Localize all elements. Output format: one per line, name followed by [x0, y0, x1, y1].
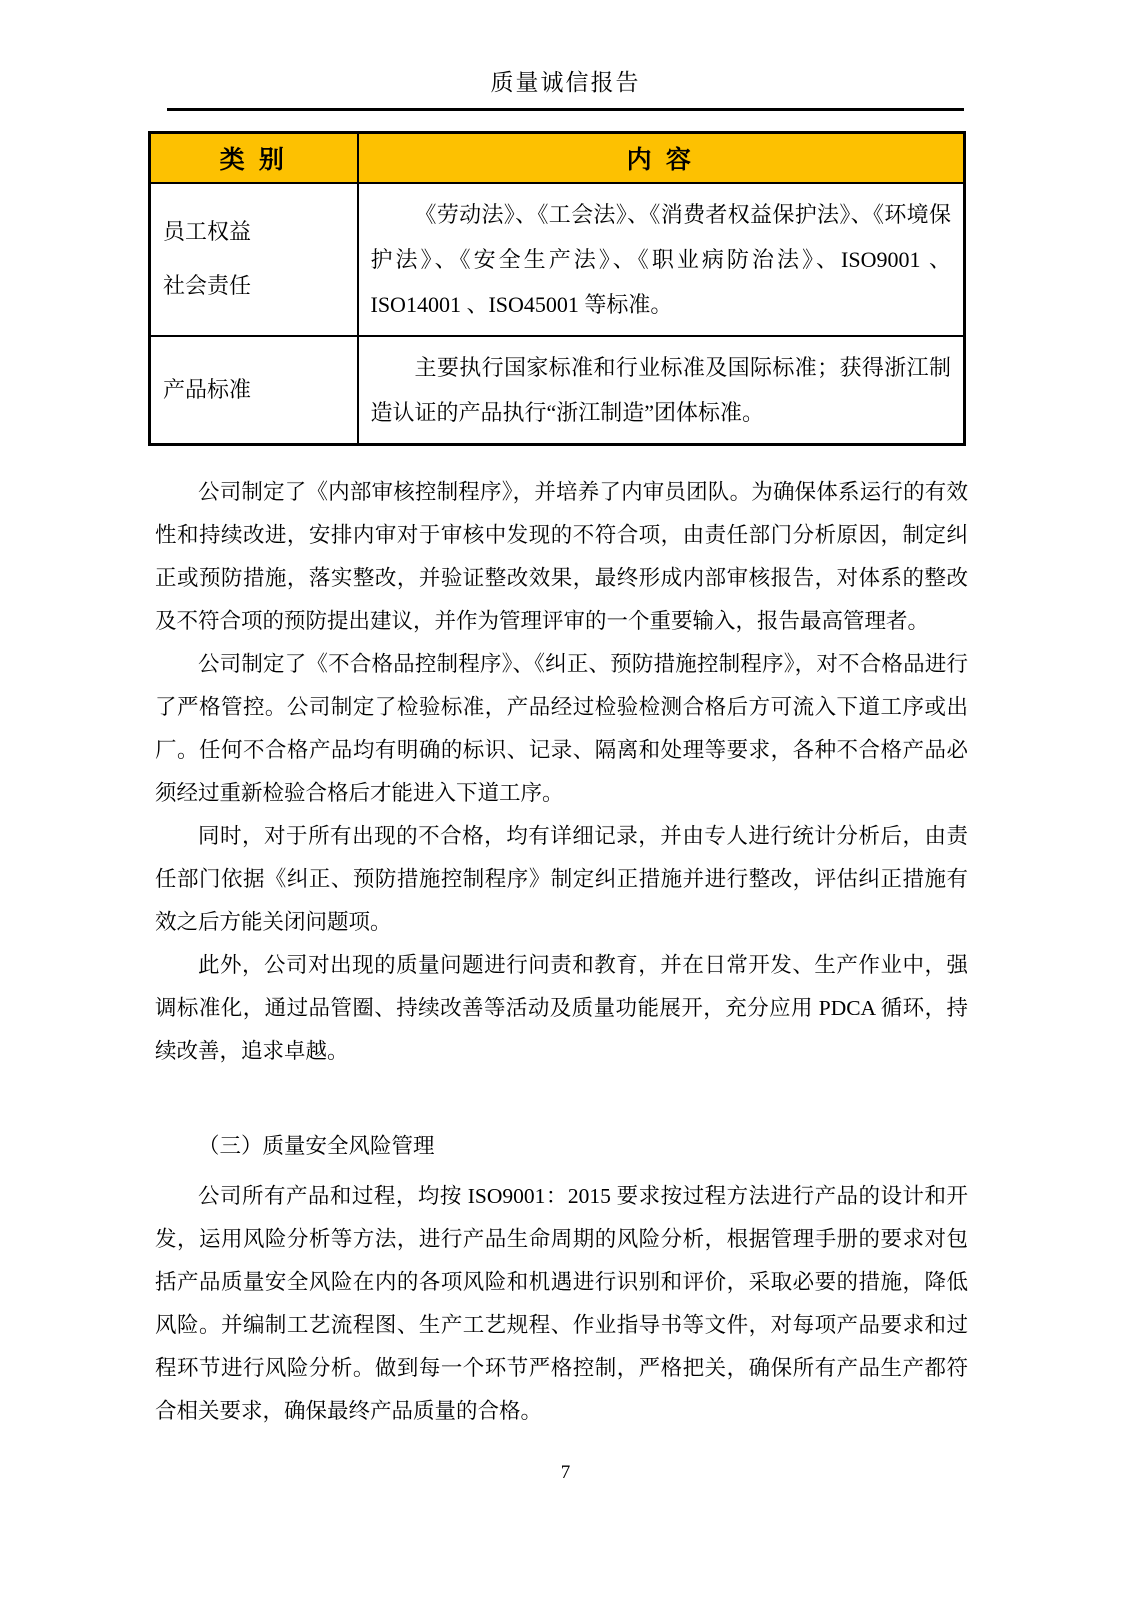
content-text: 主要执行国家标准和行业标准及国际标准；获得浙江制造认证的产品执行“浙江制造”团体… — [371, 345, 952, 435]
body-paragraph: 公司制定了《不合格品控制程序》、《纠正、预防措施控制程序》，对不合格品进行了严格… — [155, 643, 968, 815]
content-cell: 主要执行国家标准和行业标准及国际标准；获得浙江制造认证的产品执行“浙江制造”团体… — [358, 336, 965, 445]
page-title: 质量诚信报告 — [0, 68, 1131, 98]
document-page: 质量诚信报告 类 别 内 容 员工权益 社会责任 — [0, 0, 1131, 1600]
table-header-row: 类 别 内 容 — [150, 133, 965, 183]
page-number: 7 — [561, 1462, 571, 1483]
category-line: 员工权益 — [163, 205, 345, 259]
document-header: 质量诚信报告 — [0, 0, 1131, 111]
body-paragraph: 公司制定了《内部审核控制程序》，并培养了内审员团队。为确保体系运行的有效性和持续… — [155, 471, 968, 643]
category-line: 产品标准 — [163, 363, 345, 417]
body-paragraph: 同时，对于所有出现的不合格，均有详细记录，并由专人进行统计分析后，由责任部门依据… — [155, 815, 968, 944]
body-paragraph: 此外，公司对出现的质量问题进行问责和教育，并在日常开发、生产作业中，强调标准化，… — [155, 944, 968, 1073]
column-header-category: 类 别 — [150, 133, 358, 183]
document-body: 公司制定了《内部审核控制程序》，并培养了内审员团队。为确保体系运行的有效性和持续… — [155, 471, 968, 1073]
category-line: 社会责任 — [163, 259, 345, 313]
table-row: 产品标准 主要执行国家标准和行业标准及国际标准；获得浙江制造认证的产品执行“浙江… — [150, 336, 965, 445]
section-heading: （三）质量安全风险管理 — [155, 1125, 968, 1168]
table-row: 员工权益 社会责任 《劳动法》、《工会法》、《消费者权益保护法》、《环境保护法》… — [150, 183, 965, 336]
category-cell: 产品标准 — [150, 336, 358, 445]
category-cell: 员工权益 社会责任 — [150, 183, 358, 336]
content-cell: 《劳动法》、《工会法》、《消费者权益保护法》、《环境保护法》、《安全生产法》、《… — [358, 183, 965, 336]
page-footer: 7 — [0, 1462, 1131, 1484]
content-text: 《劳动法》、《工会法》、《消费者权益保护法》、《环境保护法》、《安全生产法》、《… — [371, 192, 952, 327]
standards-table-container: 类 别 内 容 员工权益 社会责任 《劳动法》、《工会法》、《消费者权益保护法》… — [148, 131, 1131, 446]
body-paragraph: 公司所有产品和过程，均按 ISO9001：2015 要求按过程方法进行产品的设计… — [155, 1175, 968, 1433]
section-body: 公司所有产品和过程，均按 ISO9001：2015 要求按过程方法进行产品的设计… — [155, 1175, 968, 1433]
column-header-content: 内 容 — [358, 133, 965, 183]
header-rule — [167, 108, 964, 111]
standards-table: 类 别 内 容 员工权益 社会责任 《劳动法》、《工会法》、《消费者权益保护法》… — [148, 131, 966, 446]
